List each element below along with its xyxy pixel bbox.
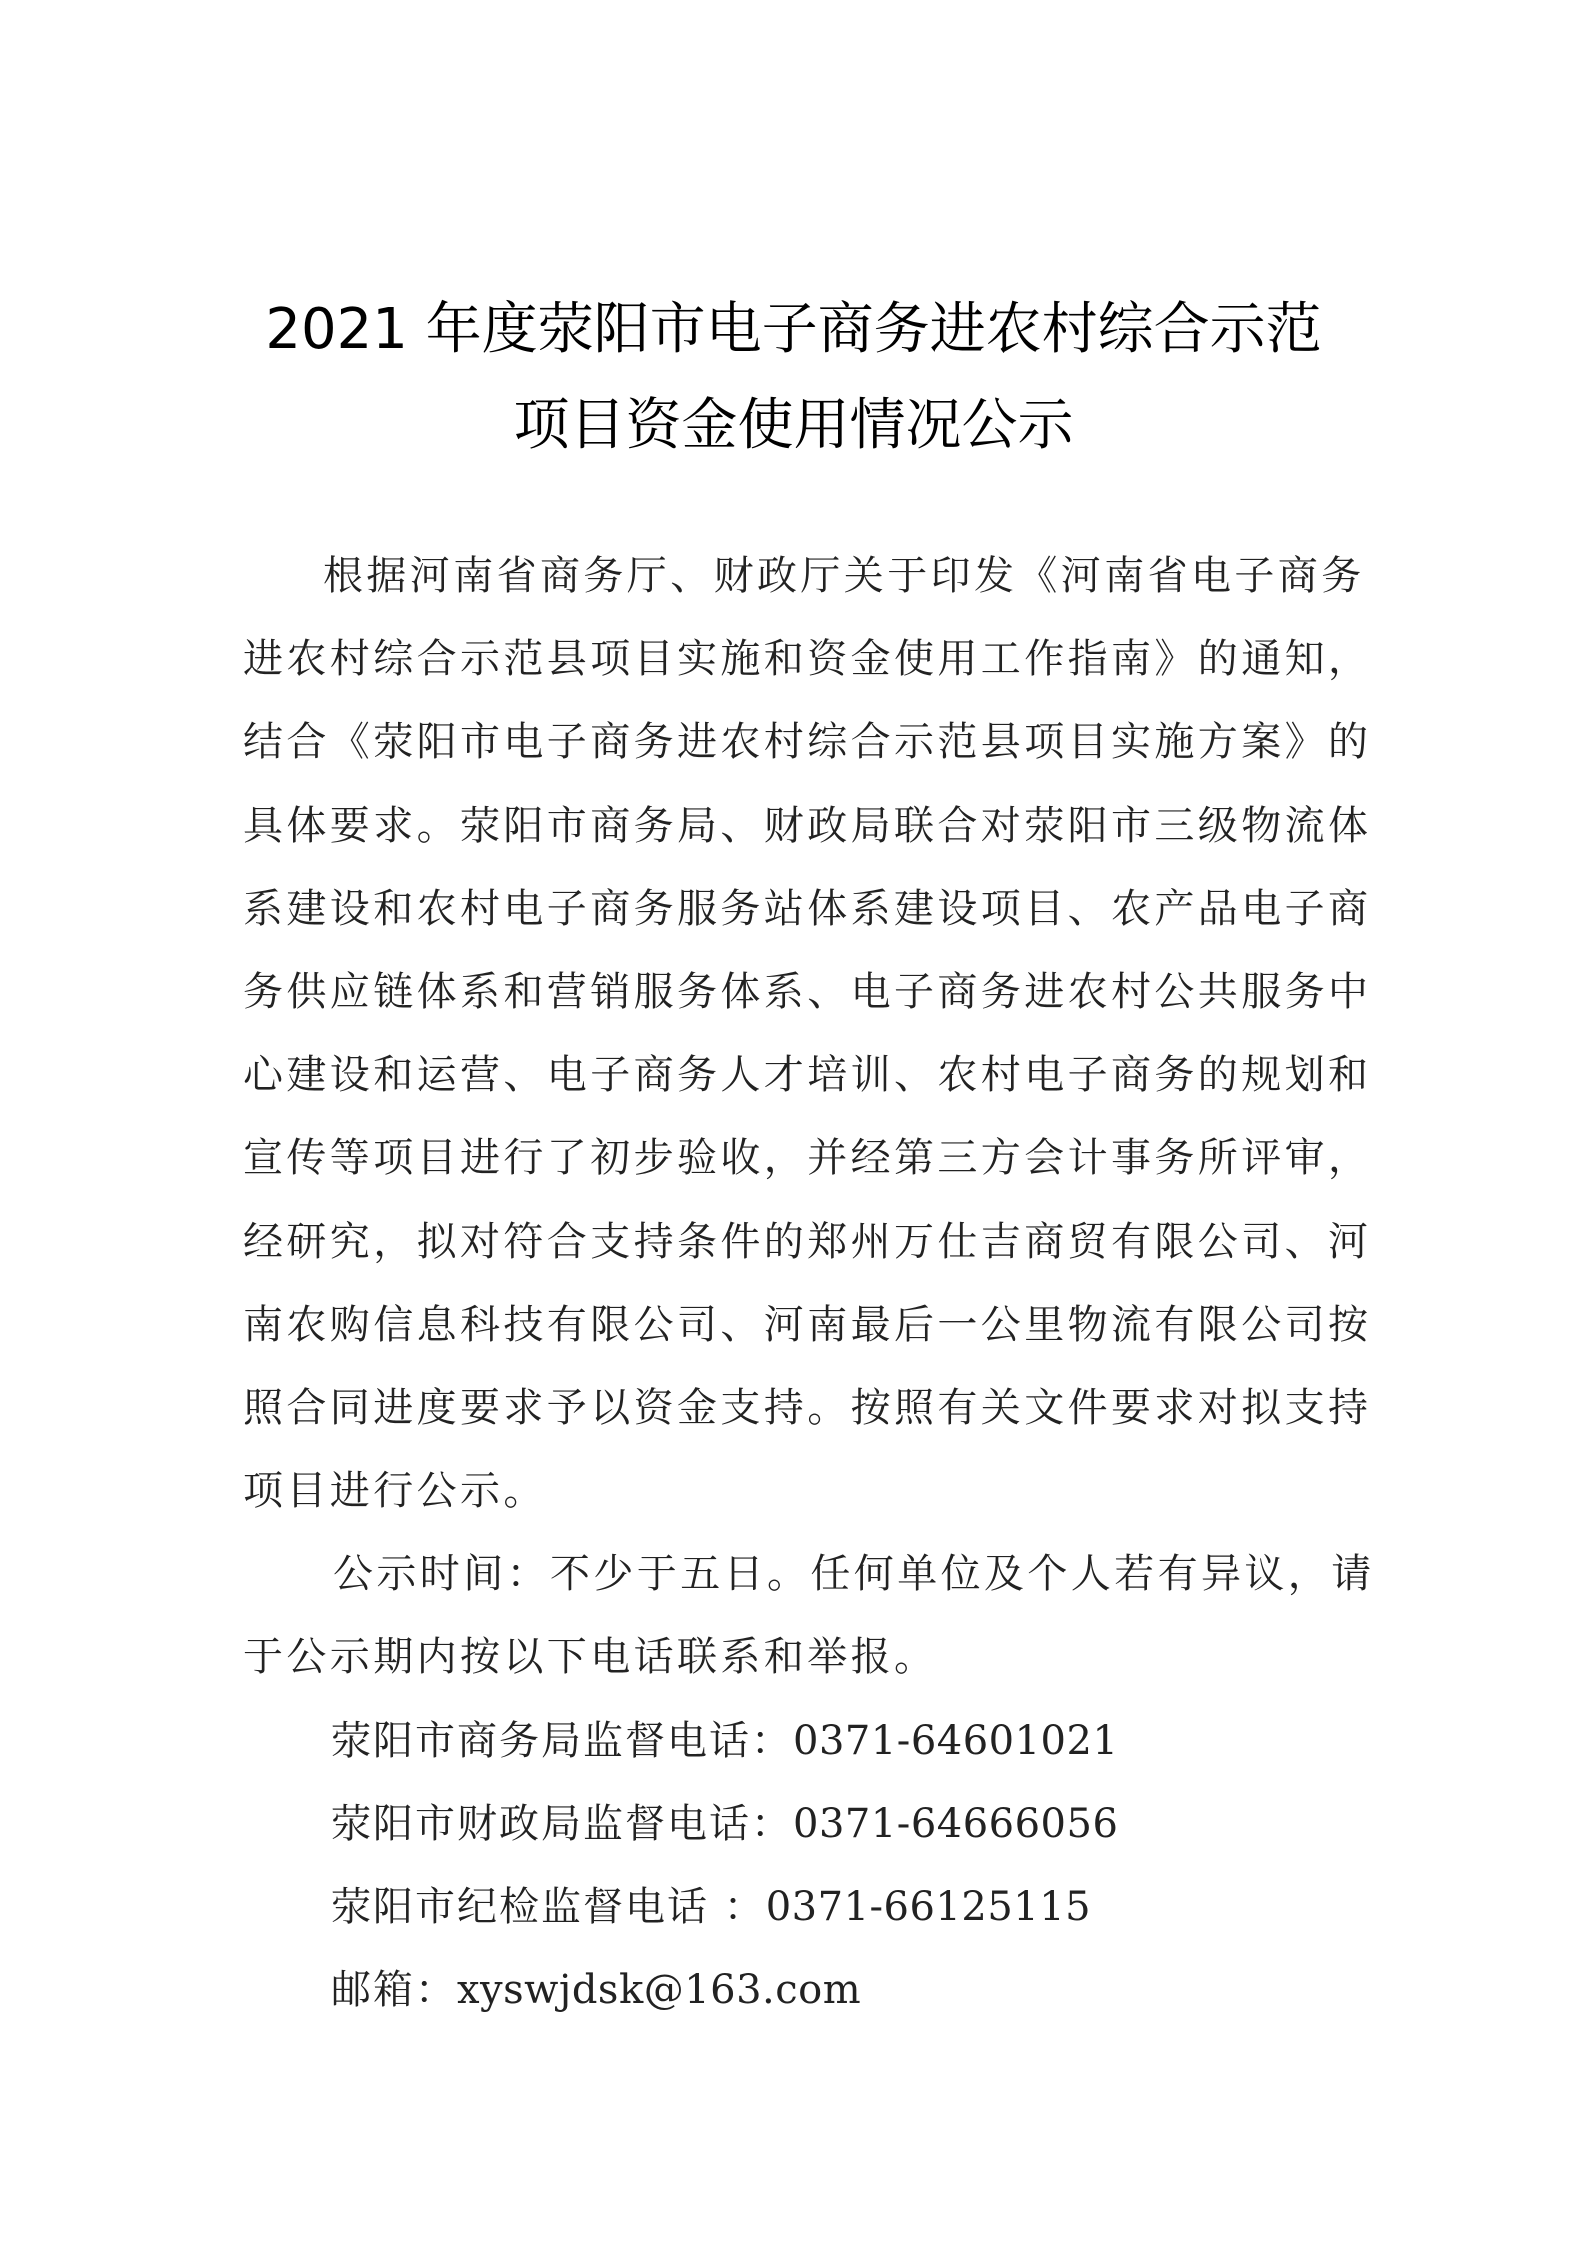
paragraph-basis: 根据河南省商务厅、财政厅关于印发《河南省电子商务 进农村综合示范县项目实施和资金…: [243, 535, 1353, 1533]
paragraph-line: 经研究，拟对符合支持条件的郑州万仕吉商贸有限公司、河: [243, 1201, 1353, 1284]
contact-label: 邮箱：: [331, 1967, 457, 2013]
paragraph-line: 项目进行公示。: [243, 1450, 1353, 1533]
paragraph-notice-period: 公示时间：不少于五日。任何单位及个人若有异议，请 于公示期内按以下电话联系和举报…: [243, 1533, 1353, 1699]
paragraph-line: 公示时间：不少于五日。任何单位及个人若有异议，请: [243, 1533, 1353, 1616]
paragraph-line: 务供应链体系和营销服务体系、电子商务进农村公共服务中: [243, 951, 1353, 1034]
paragraph-line: 结合《荥阳市电子商务进农村综合示范县项目实施方案》的: [243, 701, 1353, 784]
contact-label: 荥阳市商务局监督电话：: [331, 1718, 793, 1764]
contact-commerce-bureau: 荥阳市商务局监督电话：0371-64601021: [243, 1700, 1353, 1783]
paragraph-line: 系建设和农村电子商务服务站体系建设项目、农产品电子商: [243, 868, 1353, 951]
contact-label: 荥阳市纪检监督电话 ：: [331, 1884, 766, 1930]
phone-number: 0371-64666056: [793, 1801, 1118, 1847]
phone-number: 0371-66125115: [766, 1884, 1091, 1930]
contact-email: 邮箱：xyswjdsk@163.com: [243, 1949, 1353, 2032]
paragraph-line: 进农村综合示范县项目实施和资金使用工作指南》的通知，: [243, 618, 1353, 701]
document-title: 2021 年度荥阳市电子商务进农村综合示范 项目资金使用情况公示: [200, 282, 1387, 474]
paragraph-line: 宣传等项目进行了初步验收，并经第三方会计事务所评审，: [243, 1117, 1353, 1200]
title-line-1: 2021 年度荥阳市电子商务进农村综合示范: [200, 282, 1387, 378]
phone-number: 0371-64601021: [793, 1718, 1118, 1764]
paragraph-line: 心建设和运营、电子商务人才培训、农村电子商务的规划和: [243, 1034, 1353, 1117]
email-address: xyswjdsk@163.com: [457, 1967, 861, 2013]
title-line-2: 项目资金使用情况公示: [200, 378, 1387, 474]
contact-finance-bureau: 荥阳市财政局监督电话：0371-64666056: [243, 1783, 1353, 1866]
paragraph-line: 根据河南省商务厅、财政厅关于印发《河南省电子商务: [243, 535, 1353, 618]
contact-list: 荥阳市商务局监督电话：0371-64601021 荥阳市财政局监督电话：0371…: [243, 1700, 1353, 2033]
document-body: 根据河南省商务厅、财政厅关于印发《河南省电子商务 进农村综合示范县项目实施和资金…: [243, 535, 1353, 2032]
paragraph-line: 具体要求。荥阳市商务局、财政局联合对荥阳市三级物流体: [243, 785, 1353, 868]
document-page: 2021 年度荥阳市电子商务进农村综合示范 项目资金使用情况公示 根据河南省商务…: [0, 0, 1587, 2245]
paragraph-line: 于公示期内按以下电话联系和举报。: [243, 1616, 1353, 1699]
contact-discipline-inspection: 荥阳市纪检监督电话 ：0371-66125115: [243, 1866, 1353, 1949]
contact-label: 荥阳市财政局监督电话：: [331, 1801, 793, 1847]
paragraph-line: 南农购信息科技有限公司、河南最后一公里物流有限公司按: [243, 1284, 1353, 1367]
paragraph-line: 照合同进度要求予以资金支持。按照有关文件要求对拟支持: [243, 1367, 1353, 1450]
